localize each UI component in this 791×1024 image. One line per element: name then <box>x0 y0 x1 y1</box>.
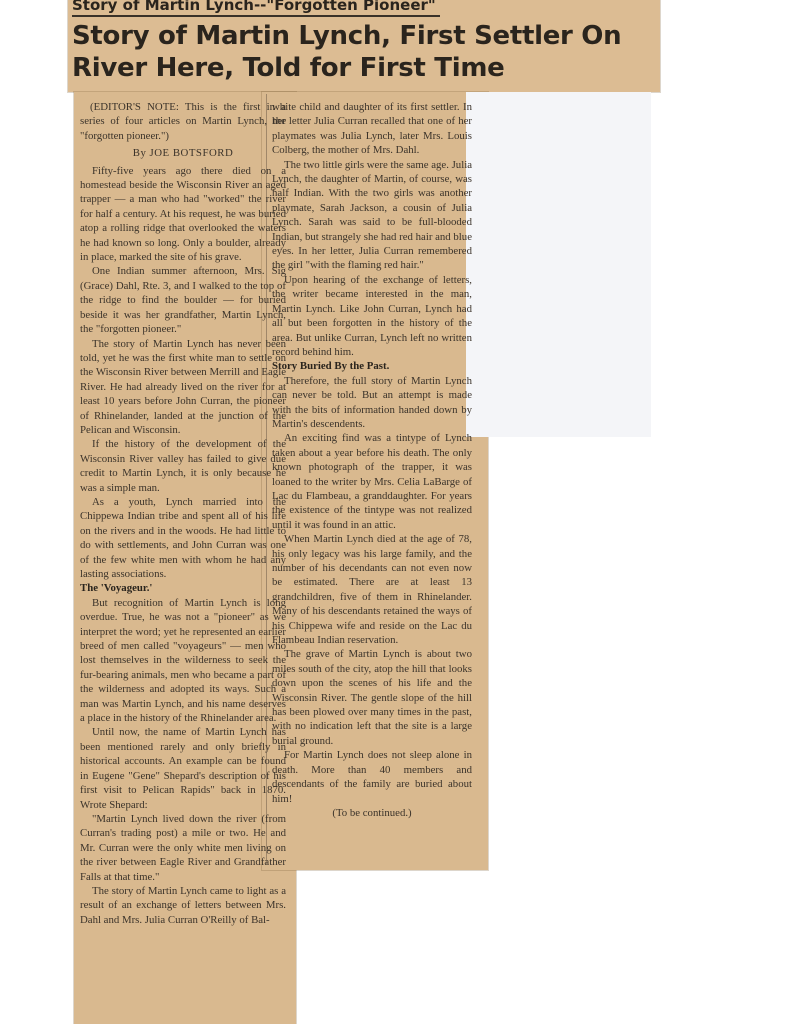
editors-note: (EDITOR'S NOTE: This is the first in a s… <box>80 100 286 143</box>
paragraph: Fifty-five years ago there died on a hom… <box>80 164 286 265</box>
paragraph: But recognition of Martin Lynch is long … <box>80 596 286 726</box>
paragraph: white child and daughter of its first se… <box>272 100 472 158</box>
paragraph: When Martin Lynch died at the age of 78,… <box>272 532 472 647</box>
paragraph: Upon hearing of the exchange of letters,… <box>272 273 472 359</box>
paragraph: As a youth, Lynch married into the Chipp… <box>80 495 286 581</box>
subhead-voyageur: The 'Voyageur.' <box>80 581 286 595</box>
paragraph: The story of Martin Lynch came to light … <box>80 884 286 927</box>
faded-scan-area <box>466 92 651 437</box>
paragraph: The grave of Martin Lynch is about two m… <box>272 647 472 748</box>
paragraph: The two little girls were the same age. … <box>272 158 472 273</box>
paragraph: An exciting find was a tintype of Lynch … <box>272 431 472 532</box>
main-headline: Story of Martin Lynch, First Settler On … <box>72 20 652 84</box>
paragraph: One Indian summer afternoon, Mrs. Sig (G… <box>80 264 286 336</box>
kicker-headline: Story of Martin Lynch--"Forgotten Pionee… <box>72 0 440 17</box>
article-column-1: (EDITOR'S NOTE: This is the first in a s… <box>80 100 286 927</box>
paragraph: For Martin Lynch does not sleep alone in… <box>272 748 472 806</box>
article-column-2: white child and daughter of its first se… <box>272 100 472 820</box>
to-be-continued: (To be continued.) <box>272 806 472 820</box>
paragraph: Until now, the name of Martin Lynch has … <box>80 725 286 811</box>
paragraph: Therefore, the full story of Martin Lync… <box>272 374 472 432</box>
paragraph: If the history of the development of the… <box>80 437 286 495</box>
byline: By JOE BOTSFORD <box>80 146 286 160</box>
paragraph: "Martin Lynch lived down the river (from… <box>80 812 286 884</box>
paragraph: The story of Martin Lynch has never been… <box>80 337 286 438</box>
subhead-story-buried: Story Buried By the Past. <box>272 359 472 373</box>
